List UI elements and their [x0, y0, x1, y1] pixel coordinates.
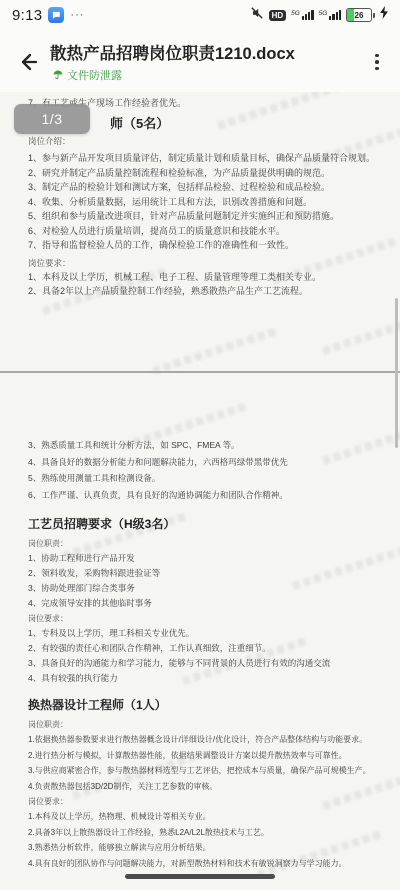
status-bar-left: 9:13 ···	[12, 7, 84, 24]
title-block: 散热产品招聘岗位职责1210.docx 文件防泄露	[50, 40, 364, 83]
doc-line: 4、具有较强的执行能力	[28, 671, 386, 686]
watermark	[322, 307, 400, 355]
mute-icon	[250, 6, 264, 25]
doc-line: 6、工作严谨、认真负责，具有良好的沟通协调能力和团队合作精神。	[28, 487, 386, 504]
doc-line: 1.本科及以上学历，热物理、机械设计等相关专业。	[28, 809, 386, 825]
app-header: 散热产品招聘岗位职责1210.docx 文件防泄露	[0, 30, 400, 92]
umbrella-icon	[52, 69, 64, 81]
doc-line: 3.熟悉热分析软件，能够独立解读与应用分析结果。	[28, 840, 386, 856]
network-type-label: 5G	[319, 11, 328, 17]
doc-line: 7、指导和监督检验人员的工作，确保检验工作的准确性和一致性。	[28, 238, 386, 253]
doc-line: 5、组织和参与质量改进项目，针对产品质量问题制定并实施纠正和预防措施。	[28, 209, 386, 224]
page-indicator-badge: 1/3	[14, 104, 90, 134]
doc-line: 4、收集、分析质量数据，运用统计工具和方法，识别改善措施和问题。	[28, 195, 386, 210]
document-title: 散热产品招聘岗位职责1210.docx	[50, 40, 364, 64]
doc-line: 2.具备3年以上散热器设计工作经验，熟悉L2A/L2L散热技术与工艺。	[28, 825, 386, 841]
doc-line: 2.进行热分析与模拟，计算散热器性能，依据结果调整设计方案以提升散热效率与可靠性…	[28, 748, 386, 764]
clock: 9:13	[12, 7, 42, 24]
charging-icon	[380, 6, 388, 24]
requirements-label: 岗位要求：	[28, 611, 386, 626]
hd-voice-icon: HD	[269, 10, 287, 21]
status-bar-right: HD 5G 5G 26	[250, 6, 388, 25]
duty-list: 1.依据换热器参数要求进行散热器概念设计/详细设计/优化设计，符合产品整体结构与…	[28, 732, 386, 794]
scrollbar[interactable]	[395, 298, 398, 448]
section-heading-heat-exchanger: 换热器设计工程师（1人）	[28, 696, 386, 713]
signal-bars	[302, 10, 314, 20]
battery-icon: 26	[346, 8, 375, 22]
overflow-menu-button[interactable]	[364, 46, 390, 78]
messaging-app-icon	[48, 7, 64, 23]
doc-line: 4.负责散热器包括3D/2D制作，关注工艺参数的审核。	[28, 779, 386, 795]
doc-line: 2、有较强的责任心和团队合作精神，工作认真细致，注重细节。	[28, 641, 386, 656]
doc-line: 4、具备良好的数据分析能力和问题解决能力，六西格玛绿带黑带优先	[28, 454, 386, 471]
notification-overflow-icon: ···	[70, 10, 84, 20]
doc-line: 4、完成领导安排的其他临时事务	[28, 596, 386, 611]
doc-line: 4.具有良好的团队协作与问题解决能力，对新型散热材料和技术有敏锐洞察力与学习能力…	[28, 856, 386, 872]
network-type-label: 5G	[291, 11, 300, 17]
document-scroll-area[interactable]: 7、有工艺或生产现场工作经验者优先。 师（5名） 岗位介绍： 1、参与新产品开发…	[0, 92, 400, 890]
intro-label: 岗位介绍：	[28, 134, 386, 148]
requirement-list: 1、专科及以上学历，理工科相关专业优先。2、有较强的责任心和团队合作精神，工作认…	[28, 626, 386, 686]
doc-line: 1、参与新产品开发项目质量评估，制定质量计划和质量目标，确保产品质量符合规划。	[28, 151, 386, 166]
doc-line: 3、熟悉质量工具和统计分析方法，如 SPC、FMEA 等。	[28, 437, 386, 454]
watermark	[152, 327, 278, 375]
doc-line: 1.依据换热器参数要求进行散热器概念设计/详细设计/优化设计，符合产品整体结构与…	[28, 732, 386, 748]
file-protection-label: 文件防泄露	[67, 67, 122, 83]
duty-list: 1、协助工程师进行产品开发2、领料收发，采购物料跟进验证等3、协助处理部门综合类…	[28, 551, 386, 611]
phone-screen: 9:13 ··· HD 5G 5G	[0, 0, 400, 890]
chat-bubble-icon	[51, 10, 61, 20]
home-indicator[interactable]	[125, 874, 275, 879]
requirement-list-continued: 3、熟悉质量工具和统计分析方法，如 SPC、FMEA 等。4、具备良好的数据分析…	[28, 437, 386, 503]
section-heading-partial: 师（5名）	[110, 113, 169, 132]
signal-sim1-icon: 5G	[291, 10, 313, 20]
back-arrow-icon	[16, 50, 40, 74]
battery-percent: 26	[347, 9, 371, 21]
back-button[interactable]	[12, 46, 44, 78]
doc-line: 3.与供应商紧密合作，参与散热器材料选型与工艺评估，把控成本与质量，确保产品可规…	[28, 763, 386, 779]
requirements-label: 岗位要求：	[28, 794, 386, 809]
doc-line: 5、熟练使用测量工具和检测设备。	[28, 470, 386, 487]
duty-label: 岗位职责：	[28, 536, 386, 551]
signal-bars	[329, 10, 341, 20]
requirement-list: 1、本科及以上学历，机械工程、电子工程、质量管理等理工类相关专业。2、具备2年以…	[28, 270, 386, 299]
signal-sim2-icon: 5G	[319, 10, 341, 20]
doc-line: 1、协助工程师进行产品开发	[28, 551, 386, 566]
doc-line: 1、本科及以上学历，机械工程、电子工程、质量管理等理工类相关专业。	[28, 270, 386, 285]
doc-line: 3、协助处理部门综合类事务	[28, 581, 386, 596]
doc-line: 1、专科及以上学历，理工科相关专业优先。	[28, 626, 386, 641]
doc-line: 6、对检验人员进行质量培训，提高员工的质量意识和技能水平。	[28, 224, 386, 239]
status-bar: 9:13 ··· HD 5G 5G	[0, 0, 400, 30]
doc-line: 2、研究并制定产品质量控制流程和检验标准，为产品质量提供明确的规范。	[28, 166, 386, 181]
file-protection-badge[interactable]: 文件防泄露	[52, 67, 364, 83]
requirement-list: 1.本科及以上学历，热物理、机械设计等相关专业。2.具备3年以上散热器设计工作经…	[28, 809, 386, 871]
doc-line: 2、领料收发，采购物料跟进验证等	[28, 566, 386, 581]
duty-label: 岗位职责：	[28, 717, 386, 732]
requirements-label: 岗位要求：	[28, 256, 386, 270]
doc-line: 3、制定产品的检验计划和测试方案，包括样品检验、过程检验和成品检验。	[28, 180, 386, 195]
doc-line: 2、具备2年以上产品质量控制工作经验，熟悉散热产品生产工艺流程。	[28, 284, 386, 299]
section-heading-craft: 工艺员招聘要求（H级3名）	[28, 515, 386, 532]
duty-list: 1、参与新产品开发项目质量评估，制定质量计划和质量目标，确保产品质量符合规划。2…	[28, 151, 386, 253]
doc-line: 3、具备良好的沟通能力和学习能力，能够与不同背景的人员进行有效的沟通交流	[28, 656, 386, 671]
document-page-2: 3、熟悉质量工具和统计分析方法，如 SPC、FMEA 等。4、具备良好的数据分析…	[0, 373, 400, 871]
